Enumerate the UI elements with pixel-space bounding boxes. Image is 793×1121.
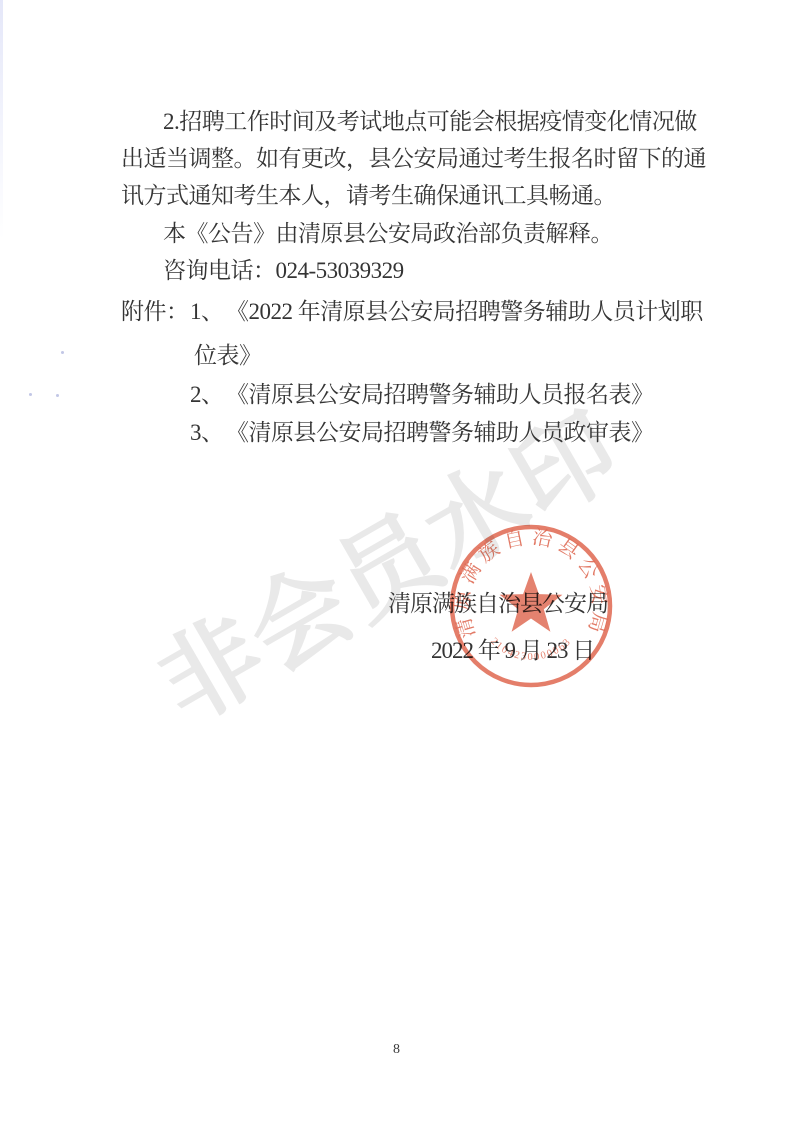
attachment-item: 3、《清原县公安局招聘警务辅助人员政审表》: [190, 420, 654, 446]
svg-text:2104230000063: 2104230000063: [488, 636, 574, 663]
scan-edge-artifact: [0, 0, 3, 240]
body-line: 2.招聘工作时间及考试地点可能会根据疫情变化情况做: [163, 109, 697, 135]
attachment-title: 《2022 年清原县公安局招聘警务辅助人员计划职: [226, 299, 703, 324]
attachment-item: 1、《2022 年清原县公安局招聘警务辅助人员计划职: [190, 299, 703, 325]
attachment-continuation: 位表》: [194, 343, 262, 369]
official-seal: 清原满族自治县公安局 2104230000063: [421, 496, 641, 716]
scan-speck: [56, 394, 59, 397]
attachment-title: 《清原县公安局招聘警务辅助人员报名表》: [226, 382, 654, 407]
page-number: 8: [0, 1042, 793, 1058]
scan-speck: [29, 393, 32, 396]
attachment-number: 3、: [190, 420, 226, 446]
document-page: 非会员水印 2.招聘工作时间及考试地点可能会根据疫情变化情况做 出适当调整。如有…: [0, 0, 793, 1121]
attachment-number: 2、: [190, 382, 226, 408]
seal-code: 2104230000063: [488, 636, 574, 663]
body-line: 讯方式通知考生本人，请考生确保通讯工具畅通。: [121, 183, 616, 209]
body-line-phone: 咨询电话：024-53039329: [163, 258, 404, 284]
body-line: 出适当调整。如有更改，县公安局通过考生报名时留下的通: [121, 146, 706, 172]
attachments-label: 附件：: [121, 299, 189, 325]
scan-speck: [61, 351, 64, 354]
attachment-number: 1、: [190, 299, 226, 325]
attachment-title: 《清原县公安局招聘警务辅助人员政审表》: [226, 420, 654, 445]
body-line: 本《公告》由清原县公安局政治部负责解释。: [163, 221, 613, 247]
seal-star-icon: [500, 572, 563, 632]
attachment-item: 2、《清原县公安局招聘警务辅助人员报名表》: [190, 382, 654, 408]
